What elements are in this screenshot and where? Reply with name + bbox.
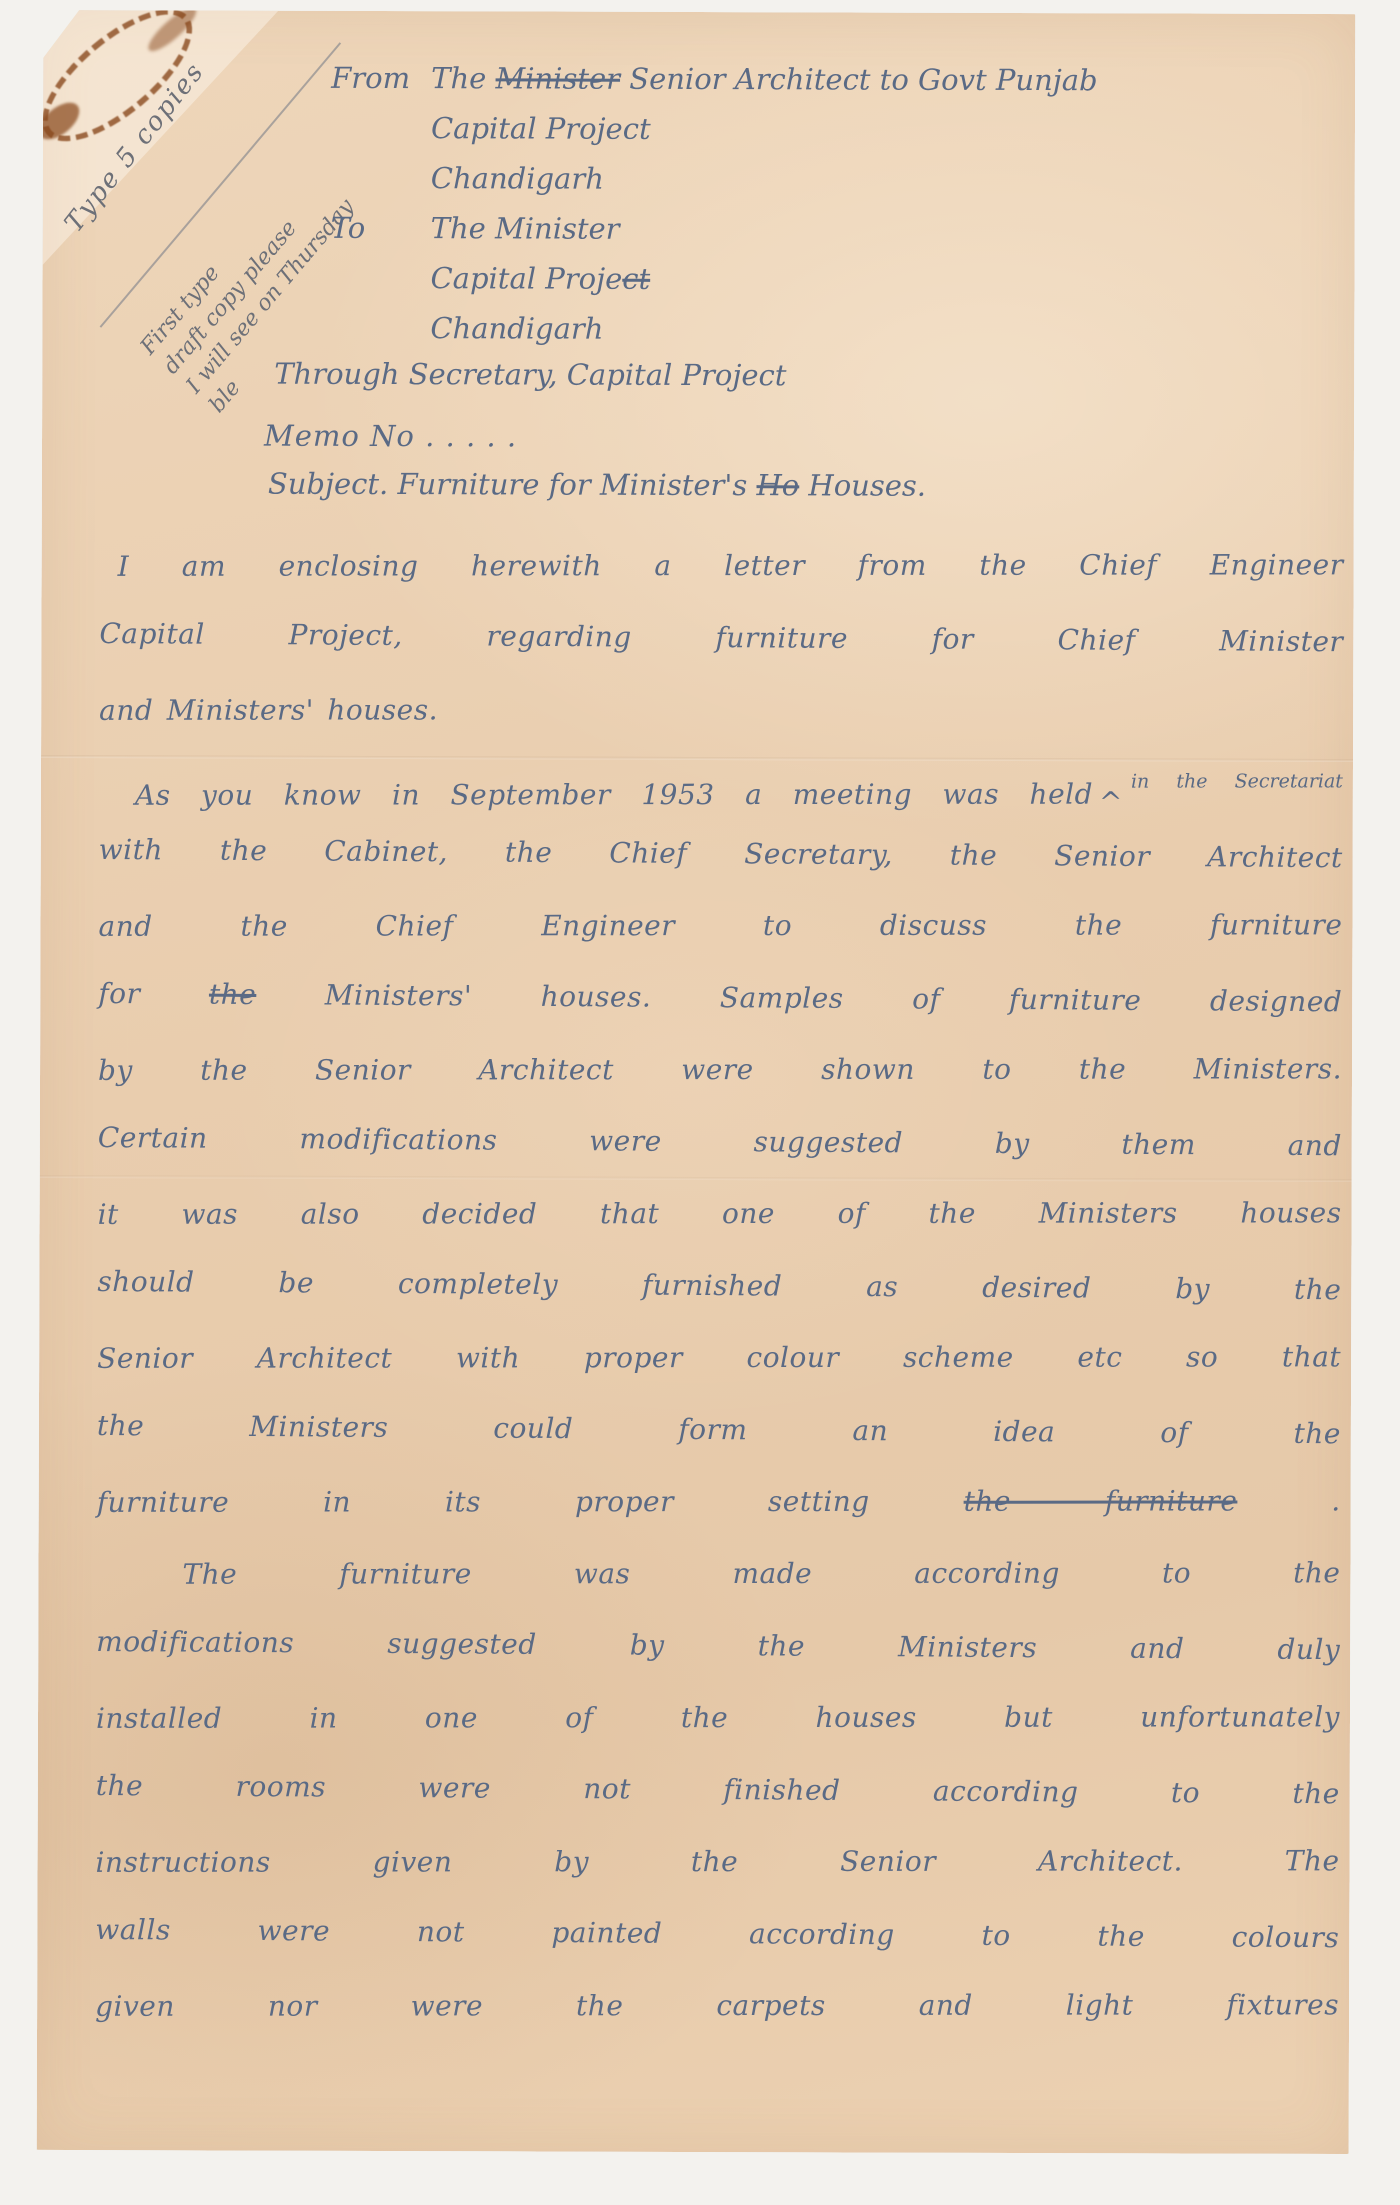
handwritten-text: furniture in its proper setting: [97, 1485, 964, 1519]
handwritten-text: and Ministers' houses.: [99, 693, 438, 726]
from-address-line-2: Capital Project: [431, 103, 1311, 156]
through-line: Through Secretary, Capital Project: [274, 357, 786, 393]
handwritten-text: installed in one of the houses but unfor…: [96, 1700, 1340, 1735]
handwritten-line: walls were not painted according to the …: [95, 1894, 1339, 1974]
handwritten-line: Capital Project, regarding furniture for…: [99, 598, 1343, 678]
from-row: Capital Project: [331, 103, 1311, 156]
handwritten-text: instructions given by the Senior Archite…: [96, 1844, 1340, 1879]
handwritten-text: The: [431, 61, 496, 95]
handwritten-text: the Ministers could form an idea of the: [97, 1409, 1341, 1450]
handwritten-line: by the Senior Architect were shown to th…: [98, 1033, 1342, 1107]
from-address-line-1: The Minister Senior Architect to Govt Pu…: [431, 53, 1311, 106]
from-row: From The Minister Senior Architect to Go…: [331, 53, 1311, 106]
handwritten-text: .: [1237, 1484, 1340, 1517]
handwritten-text: it was also decided that one of the Mini…: [98, 1196, 1342, 1231]
paragraph: The furniture was made according to them…: [95, 1536, 1341, 2044]
handwritten-text: Subject. Furniture for Minister's: [268, 467, 757, 503]
from-row: Chandigarh: [331, 153, 1311, 206]
to-address-line-3: Chandigarh: [430, 303, 1310, 356]
to-row: Capital Project: [330, 253, 1310, 306]
handwritten-text: Houses.: [799, 468, 926, 502]
handwritten-line: given nor were the carpets and light fix…: [95, 1969, 1339, 2043]
handwritten-line: should be completely furnished as desire…: [97, 1246, 1341, 1326]
struck-text: the furniture: [964, 1484, 1238, 1517]
handwritten-text: for: [98, 977, 209, 1011]
handwritten-text: modifications suggested by the Ministers…: [96, 1625, 1340, 1666]
handwritten-text: by the Senior Architect were shown to th…: [98, 1052, 1342, 1087]
handwritten-line: modifications suggested by the Ministers…: [96, 1606, 1340, 1686]
struck-text: ct: [622, 262, 650, 296]
from-label: From: [331, 53, 431, 103]
handwritten-line: the Ministers could form an idea of the: [97, 1390, 1341, 1470]
handwritten-text: Capital Proje: [430, 261, 622, 296]
handwritten-text: Capital Project, regarding furniture for…: [99, 617, 1343, 658]
handwritten-line: and Ministers' houses.: [99, 673, 1343, 747]
struck-text: the: [209, 978, 257, 1011]
to-address-line-2: Capital Project: [430, 253, 1310, 306]
handwritten-line: the rooms were not finished according to…: [96, 1750, 1340, 1830]
handwritten-line: instructions given by the Senior Archite…: [96, 1825, 1340, 1899]
paragraph: I am enclosing herewith a letter from th…: [99, 528, 1344, 748]
handwritten-text: Ministers' houses. Samples of furniture …: [256, 978, 1342, 1018]
handwritten-line: installed in one of the houses but unfor…: [96, 1681, 1340, 1755]
struck-text: Ho: [756, 468, 799, 502]
handwritten-line: Certain modifications were suggested by …: [98, 1102, 1342, 1182]
to-row: Chandigarh: [330, 303, 1310, 356]
handwritten-line: The furniture was made according to the: [96, 1537, 1340, 1611]
to-row: To The Minister: [331, 203, 1311, 256]
paragraph: As you know in September 1953 a meeting …: [97, 744, 1343, 1540]
handwritten-text: I am enclosing herewith a letter from th…: [118, 548, 1344, 582]
handwritten-text: walls were not painted according to the …: [95, 1913, 1339, 1954]
handwritten-text: should be completely furnished as desire…: [97, 1265, 1341, 1306]
memo-body: I am enclosing herewith a letter from th…: [95, 528, 1344, 2044]
handwritten-line: it was also decided that one of the Mini…: [98, 1177, 1342, 1251]
memo-number-line: Memo No . . . . .: [264, 419, 517, 454]
handwritten-line: As you know in September 1953 a meeting …: [99, 745, 1343, 819]
handwritten-text: Senior Architect to Govt Punjab: [620, 62, 1098, 98]
handwritten-line: with the Cabinet, the Chief Secretary, t…: [98, 814, 1342, 894]
handwritten-text: with the Cabinet, the Chief Secretary, t…: [99, 833, 1343, 874]
from-address-line-3: Chandigarh: [431, 153, 1311, 206]
handwritten-line: furniture in its proper setting the furn…: [97, 1465, 1341, 1539]
handwritten-line: and the Chief Engineer to discuss the fu…: [98, 889, 1342, 963]
handwritten-line: for the Ministers' houses. Samples of fu…: [98, 958, 1342, 1038]
struck-text: Minister: [496, 61, 621, 95]
inserted-text: in the Secretariat: [1131, 770, 1343, 792]
insertion-caret: ^: [1099, 786, 1123, 819]
paper-sheet: Type 5 copies First typedraft copy pleas…: [37, 10, 1356, 2154]
handwritten-text: the rooms were not finished according to…: [96, 1769, 1340, 1810]
handwritten-text: given nor were the carpets and light fix…: [95, 1988, 1339, 2023]
memo-header: From The Minister Senior Architect to Go…: [330, 53, 1311, 356]
handwritten-text: and the Chief Engineer to discuss the fu…: [98, 908, 1342, 943]
to-label: To: [331, 203, 431, 253]
handwritten-text: The furniture was made according to the: [182, 1556, 1340, 1590]
handwritten-line: Senior Architect with proper colour sche…: [97, 1321, 1341, 1395]
to-address-line-1: The Minister: [431, 203, 1311, 256]
subject-line: Subject. Furniture for Minister's Ho Hou…: [268, 467, 926, 503]
handwritten-text: Certain modifications were suggested by …: [98, 1121, 1342, 1162]
handwritten-line: I am enclosing herewith a letter from th…: [100, 529, 1344, 603]
handwritten-text: As you know in September 1953 a meeting …: [135, 778, 1093, 812]
handwritten-text: Senior Architect with proper colour sche…: [97, 1340, 1341, 1375]
